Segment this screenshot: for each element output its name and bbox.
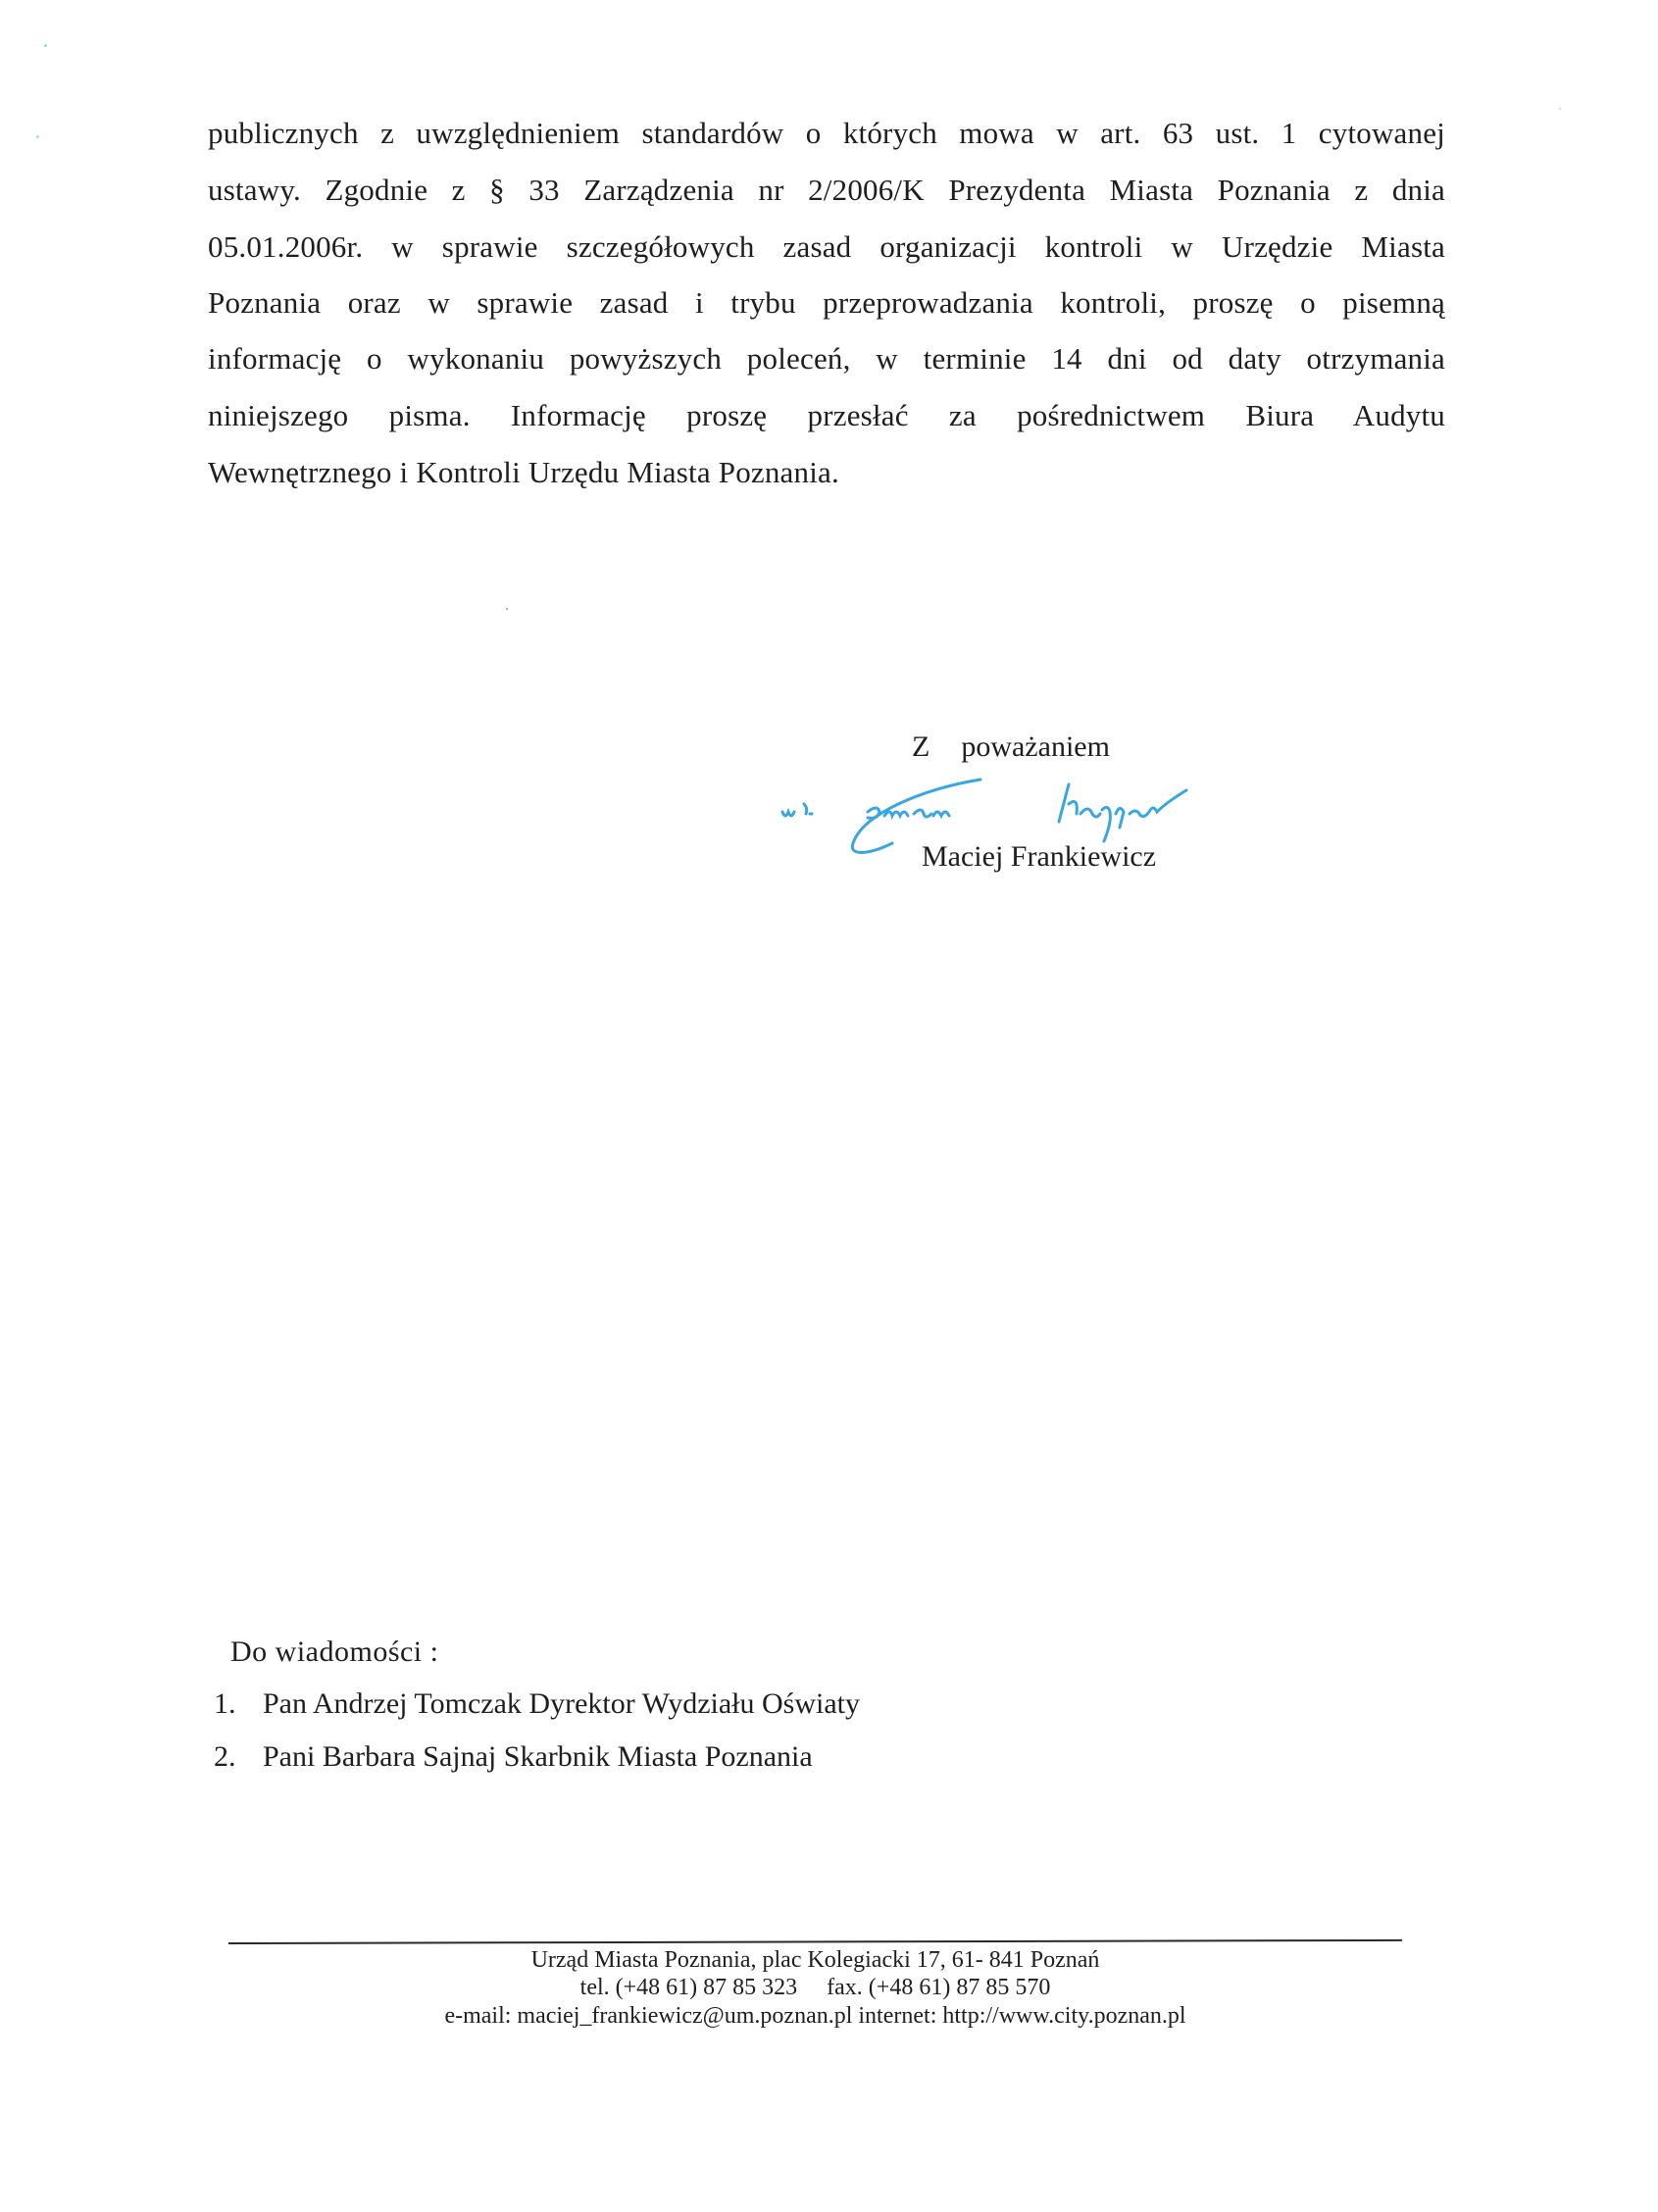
- scan-speck: [506, 608, 508, 610]
- scan-speck: [1559, 108, 1561, 110]
- footer-phones: tel. (+48 61) 87 85 323 fax. (+48 61) 87…: [228, 1974, 1402, 2001]
- closing-word: poważaniem: [961, 730, 1110, 763]
- scan-speck: [36, 135, 39, 138]
- cc-item-text: Pan Andrzej Tomczak Dyrektor Wydziału Oś…: [263, 1687, 860, 1720]
- body-line: ustawy. Zgodnie z § 33 Zarządzenia nr 2/…: [208, 172, 1445, 209]
- cc-item-number: 1.: [214, 1687, 263, 1721]
- footer-address: Urząd Miasta Poznania, plac Kolegiacki 1…: [228, 1946, 1402, 1974]
- cc-title: Do wiadomości :: [230, 1635, 438, 1669]
- cc-list-item: 2.Pani Barbara Sajnaj Skarbnik Miasta Po…: [214, 1740, 813, 1774]
- footer-divider: [228, 1939, 1402, 1944]
- cc-item-text: Pani Barbara Sajnaj Skarbnik Miasta Pozn…: [263, 1740, 813, 1773]
- body-line: informację o wykonaniu powyższych polece…: [208, 340, 1445, 377]
- closing-z: Z: [912, 730, 929, 763]
- body-line: publicznych z uwzględnieniem standardów …: [208, 115, 1445, 152]
- body-line: niniejszego pisma. Informację proszę prz…: [208, 397, 1445, 434]
- signer-name: Maciej Frankiewicz: [922, 840, 1156, 874]
- body-line: Poznania oraz w sprawie zasad i trybu pr…: [208, 284, 1445, 322]
- cc-item-number: 2.: [214, 1740, 263, 1774]
- body-line: Wewnętrznego i Kontroli Urzędu Miasta Po…: [208, 454, 1445, 491]
- body-line: 05.01.2006r. w sprawie szczegółowych zas…: [208, 228, 1445, 266]
- closing-salutation: Zpoważaniem: [912, 730, 1110, 764]
- scan-speck: [44, 44, 47, 47]
- footer-contact: e-mail: maciej_frankiewicz@um.poznan.pl …: [228, 2002, 1402, 2030]
- cc-list-item: 1.Pan Andrzej Tomczak Dyrektor Wydziału …: [214, 1687, 860, 1721]
